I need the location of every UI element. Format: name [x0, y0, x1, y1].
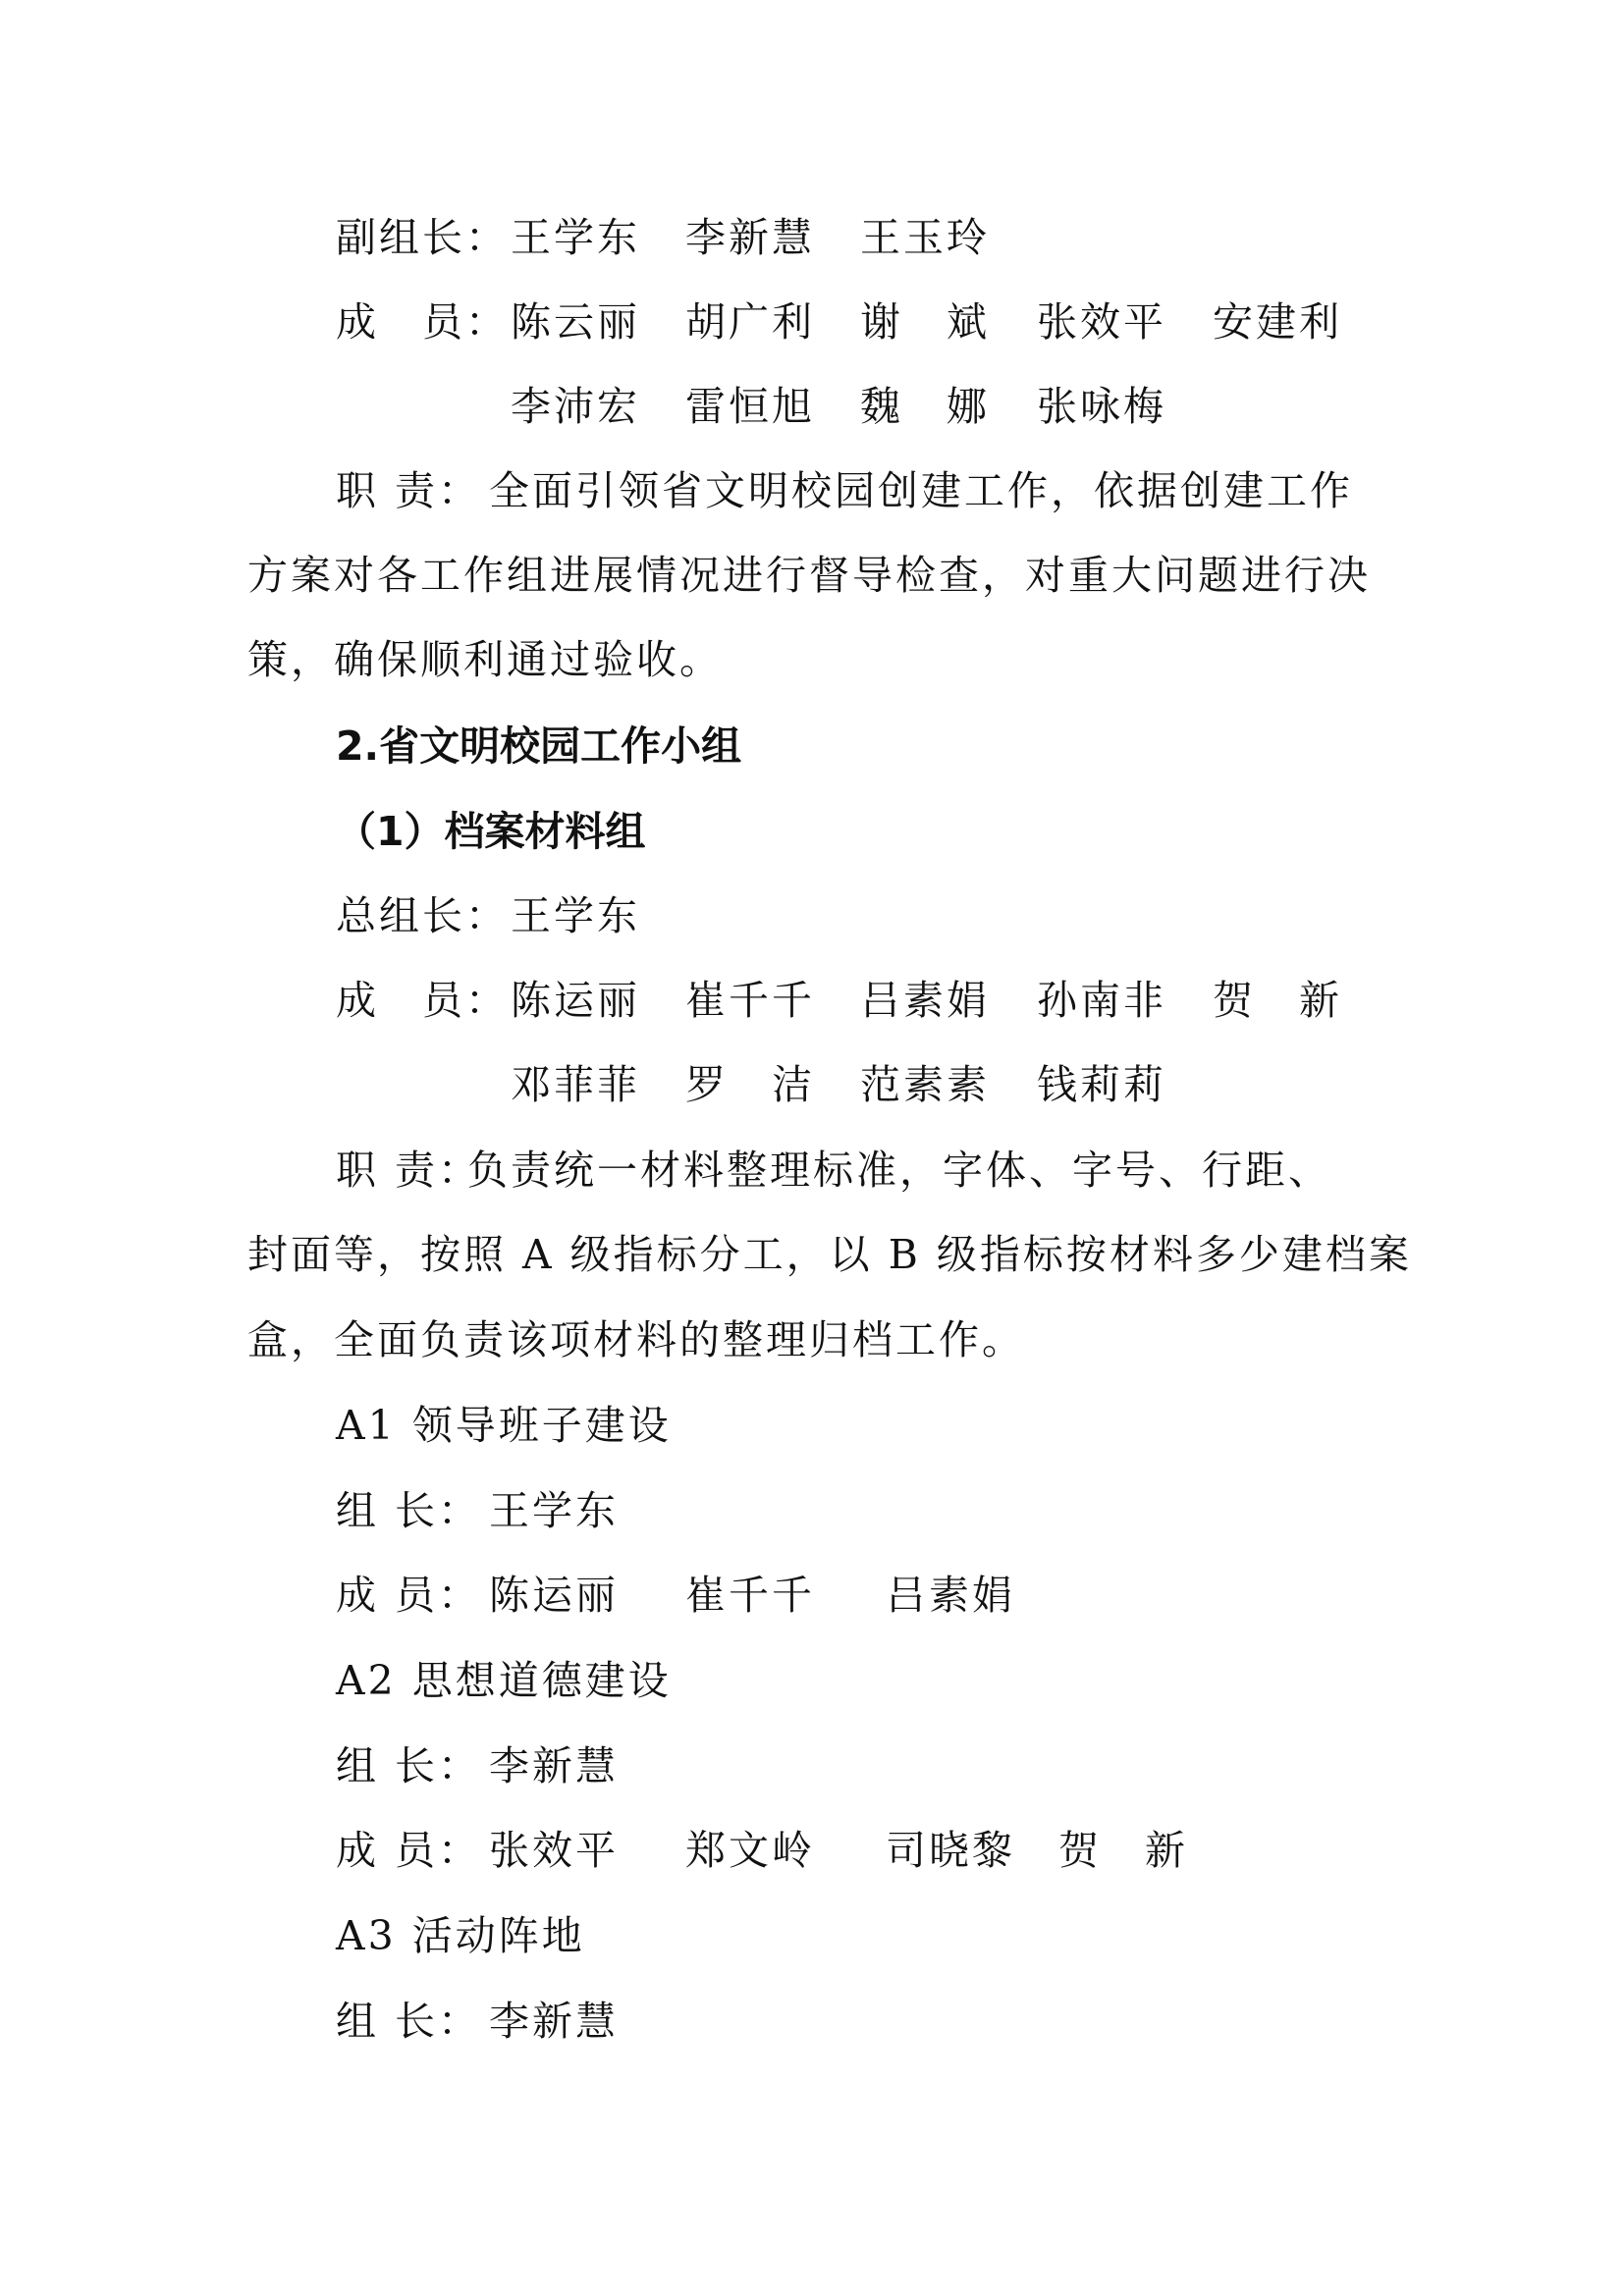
- member-name: 张效平: [489, 1821, 619, 1880]
- leader-label: 组 长：: [336, 1481, 481, 1540]
- members-label: 成 员：: [336, 971, 509, 1030]
- duty-text: 盒，全面负责该项材料的整理归档工作。: [247, 1310, 1025, 1369]
- member-name: 罗 洁: [685, 1055, 815, 1114]
- leader-label: 组 长：: [336, 1736, 481, 1795]
- member-name: 吕素娟: [886, 1566, 1015, 1625]
- subsection-heading-text: （1）档案材料组: [336, 802, 646, 861]
- member-name: 钱莉莉: [1037, 1055, 1166, 1114]
- member-name: 雷恒旭: [685, 377, 815, 436]
- member-name: 胡广利: [685, 293, 815, 351]
- deputy-leader-name: 李新慧: [685, 208, 815, 267]
- member-name: 陈运丽: [511, 971, 640, 1030]
- duty-text: 全面引领省文明校园创建工作，依据创建工作: [489, 461, 1353, 520]
- deputy-leader-name: 王玉玲: [860, 208, 990, 267]
- member-name: 陈云丽: [511, 293, 640, 351]
- member-name: 邓菲菲: [511, 1055, 640, 1114]
- section-heading-text: 2.省文明校园工作小组: [336, 717, 741, 775]
- member-name: 郑文岭: [685, 1821, 815, 1880]
- duty-label: 职 责：: [336, 1141, 481, 1200]
- member-name: 魏 娜: [860, 377, 990, 436]
- member-name: 贺 新: [1058, 1821, 1188, 1880]
- leader-name: 李新慧: [489, 1736, 619, 1795]
- leader-label: 组 长：: [336, 1992, 481, 2051]
- members-label: 成 员：: [336, 1821, 481, 1880]
- deputy-leader-label: 副组长：: [336, 208, 509, 267]
- member-name: 孙南非: [1037, 971, 1166, 1030]
- chief-leader-name: 王学东: [511, 886, 640, 945]
- member-name: 陈运丽: [489, 1566, 619, 1625]
- duty-text: 方案对各工作组进展情况进行督导检查，对重大问题进行决: [247, 546, 1371, 605]
- leader-name: 李新慧: [489, 1992, 619, 2051]
- member-name: 崔千千: [685, 971, 815, 1030]
- chief-leader-label: 总组长：: [336, 886, 509, 945]
- member-name: 范素素: [860, 1055, 990, 1114]
- member-name: 张效平: [1037, 293, 1166, 351]
- member-name: 贺 新: [1213, 971, 1342, 1030]
- member-name: 吕素娟: [860, 971, 990, 1030]
- duty-text: 负责统一材料整理标准，字体、字号、行距、: [467, 1141, 1331, 1200]
- document-page: 副组长： 王学东 李新慧 王玉玲 成 员： 陈云丽 胡广利 谢 斌 张效平 安建…: [0, 0, 1624, 2296]
- leader-name: 王学东: [489, 1481, 619, 1540]
- subgroup-title-text: A1 领导班子建设: [336, 1396, 672, 1455]
- member-name: 崔千千: [685, 1566, 815, 1625]
- member-name: 张咏梅: [1037, 377, 1166, 436]
- subgroup-title-text: A3 活动阵地: [336, 1906, 585, 1965]
- duty-text: 封面等，按照 A 级指标分工，以 B 级指标按材料多少建档案: [247, 1225, 1412, 1284]
- duty-text: 策，确保顺利通过验收。: [247, 630, 723, 689]
- member-name: 谢 斌: [860, 293, 990, 351]
- member-name: 司晓黎: [886, 1821, 1015, 1880]
- subgroup-title-text: A2 思想道德建设: [336, 1651, 672, 1710]
- deputy-leader-name: 王学东: [511, 208, 640, 267]
- members-label: 成 员：: [336, 293, 509, 351]
- member-name: 安建利: [1213, 293, 1342, 351]
- members-label: 成 员：: [336, 1566, 481, 1625]
- member-name: 李沛宏: [511, 377, 640, 436]
- duty-label: 职 责：: [336, 461, 481, 520]
